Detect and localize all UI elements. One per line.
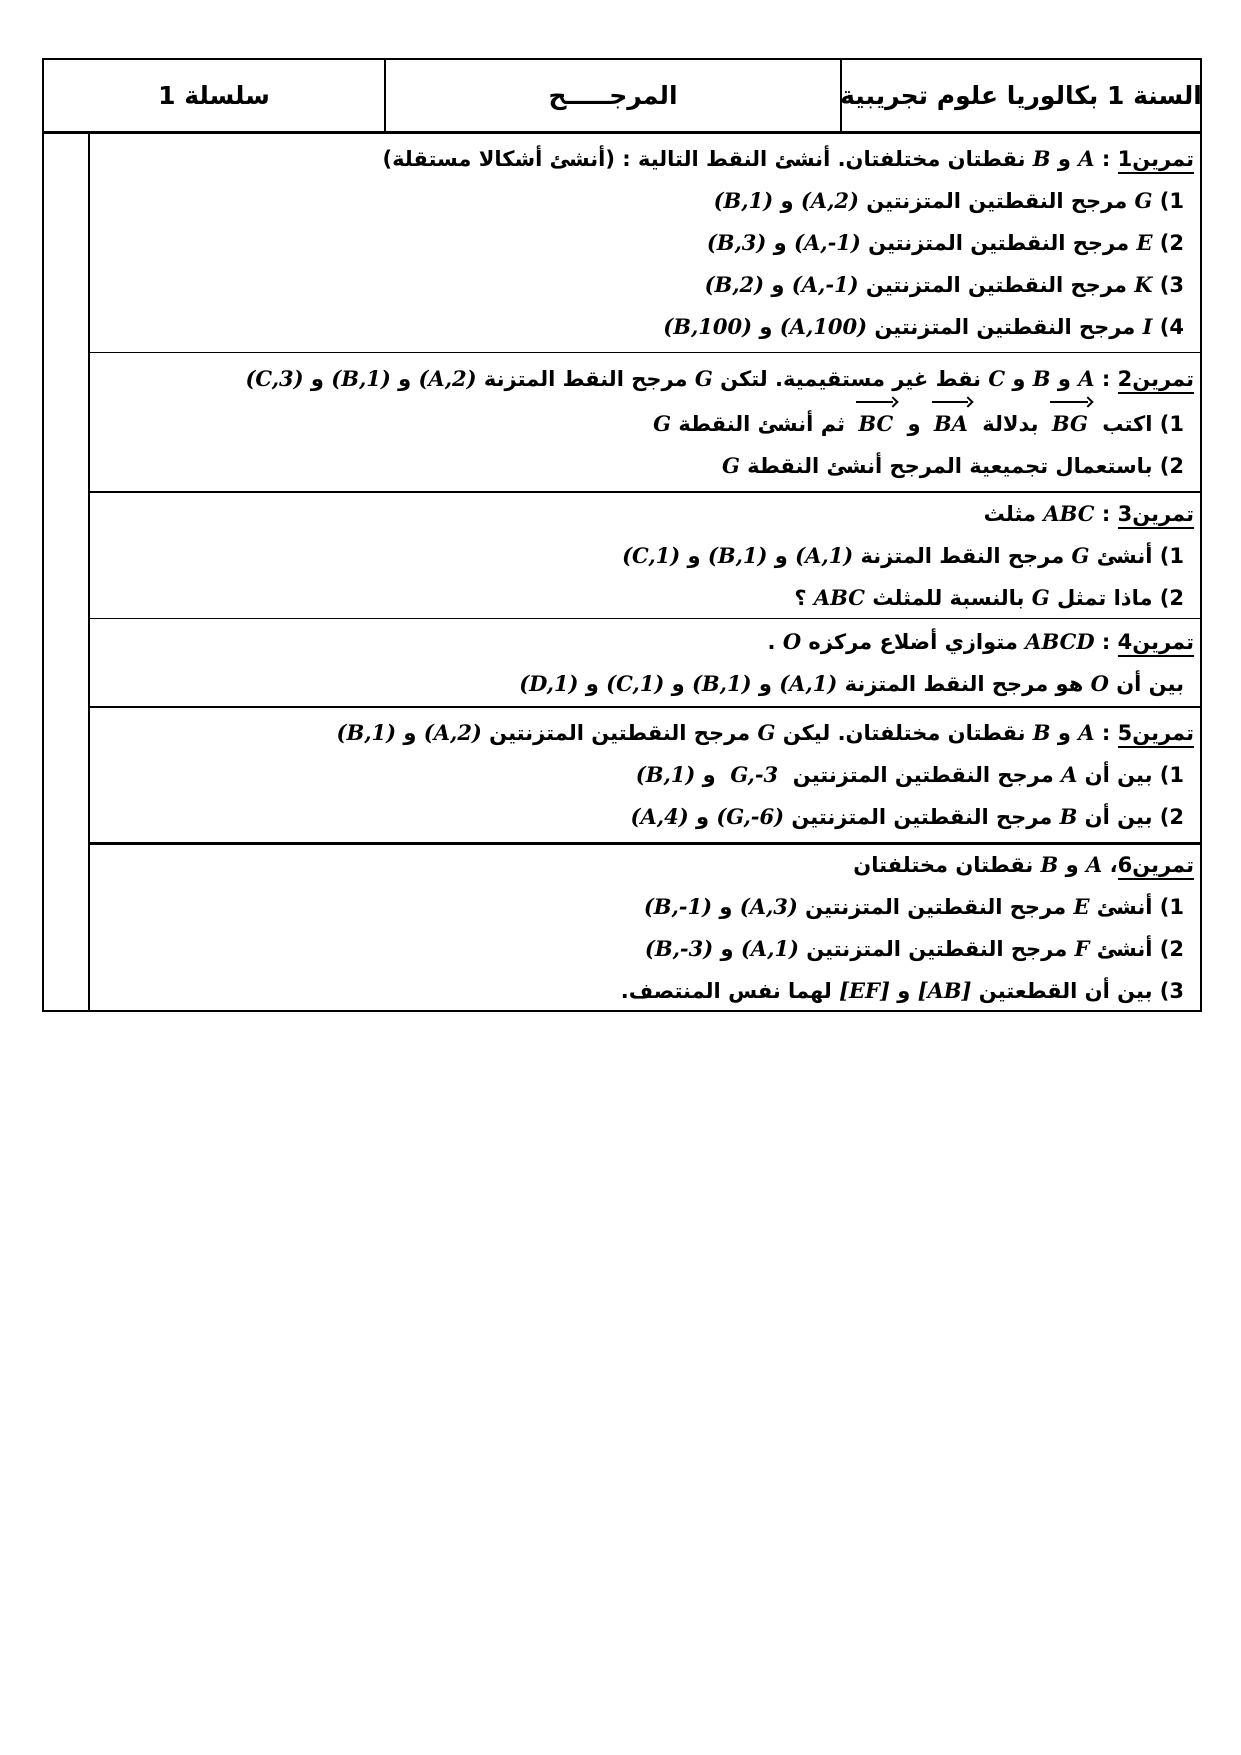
text-run: مرجح النقطتين المتزنتين xyxy=(867,315,1143,339)
math-token: (B,1) xyxy=(331,366,391,391)
exercise-1: تمرين1 : A و B نقطتان مختلفتان. أنشئ الن… xyxy=(90,134,1200,352)
exercise-3-title: تمرين3 : ABC مثلث xyxy=(96,493,1200,535)
exercise-4-title: تمرين4 : ABCD متوازي أضلاع مركزه O . xyxy=(96,621,1200,663)
exercise-table: تمرين1 : A و B نقطتان مختلفتان. أنشئ الن… xyxy=(42,134,1202,1012)
math-token: (C,1) xyxy=(622,543,680,568)
text-run: و xyxy=(1005,367,1033,391)
math-token: B xyxy=(1060,804,1078,829)
text-run: متوازي أضلاع مركزه xyxy=(801,630,1025,654)
exercise-3-q2: 2) ماذا تمثل G بالنسبة للمثلث ABC ؟ xyxy=(96,577,1200,619)
text-run: مرجح النقطتين المتزنتين xyxy=(778,763,1061,787)
text-run: مرجح النقطتين المتزنتين xyxy=(859,189,1135,213)
worksheet-page: السنة 1 بكالوريا علوم تجريبية المرجـــــ… xyxy=(0,0,1241,1755)
exercise-1-q4: 4) I مرجح النقطتين المتزنتين (A,100) و (… xyxy=(96,306,1200,348)
exercise-1-q3: 3) K مرجح النقطتين المتزنتين (A,-1) و (B… xyxy=(96,264,1200,306)
exercise-label: تمرين5 xyxy=(1118,721,1194,748)
text-run: مرجح النقطتين المتزنتين xyxy=(799,937,1075,961)
exercise-2-q2: 2) باستعمال تجميعية المرجح أنشئ النقطة G xyxy=(96,445,1200,487)
math-token: F xyxy=(1075,936,1090,961)
text-run: و xyxy=(1051,147,1079,171)
text-run: بالنسبة للمثلث xyxy=(865,586,1032,610)
exercise-6-q2: 2) أنشئ F مرجح النقطتين المتزنتين (A,1) … xyxy=(96,928,1200,970)
text-run: و xyxy=(578,672,606,696)
math-token: (A,1) xyxy=(779,671,837,696)
math-token: G xyxy=(1072,543,1090,568)
exercise-6-title: تمرين6، A و B نقطتان مختلفتان xyxy=(96,844,1200,886)
text-run: : xyxy=(1095,721,1118,745)
exercise-2-title: تمرين2 : A و B و C نقط غير مستقيمية. لتك… xyxy=(96,358,1200,400)
math-token: G xyxy=(757,720,775,745)
math-token: (B,3) xyxy=(707,230,767,255)
math-token: (C,1) xyxy=(606,671,664,696)
math-token: G xyxy=(1135,188,1153,213)
math-token: (B,1) xyxy=(636,762,696,787)
text-run: نقطتان مختلفتان xyxy=(853,853,1040,877)
text-run: مرجح النقطتين المتزنتين xyxy=(861,231,1137,255)
exercise-1-q1: 1) G مرجح النقطتين المتزنتين (A,2) و (B,… xyxy=(96,180,1200,222)
math-token: (A,2) xyxy=(424,720,482,745)
text-run: هو مرجح النقط المتزنة xyxy=(837,672,1090,696)
text-run: و xyxy=(1051,721,1079,745)
exercise-label: تمرين6 xyxy=(1118,853,1194,880)
vector-BA: BA xyxy=(931,400,972,445)
exercise-3-q1: 1) أنشئ G مرجح النقط المتزنة (A,1) و (B,… xyxy=(96,535,1200,577)
text-run: ، xyxy=(1102,853,1117,877)
class-level-text: السنة 1 بكالوريا علوم تجريبية xyxy=(840,81,1202,110)
header-cell-class-level: السنة 1 بكالوريا علوم تجريبية xyxy=(842,60,1200,131)
text-run: مرجح النقط المتزنة xyxy=(477,367,695,391)
text-run: 1) أنشئ xyxy=(1089,895,1184,919)
math-token: ABC xyxy=(1043,501,1094,526)
math-token: C xyxy=(988,366,1005,391)
math-token: (B,100) xyxy=(663,314,752,339)
text-run: و xyxy=(900,412,928,436)
text-run: ثم أنشئ النقطة xyxy=(671,412,852,436)
text-run: و xyxy=(664,672,692,696)
text-run: مرجح النقطتين المتزنتين xyxy=(784,805,1060,829)
vector-BG: BG xyxy=(1049,400,1092,445)
math-token: (A,4) xyxy=(631,804,689,829)
text-run: مرجح النقطتين المتزنتين xyxy=(482,721,758,745)
text-run: . xyxy=(768,630,783,654)
math-token: B xyxy=(1033,146,1051,171)
text-run: و xyxy=(396,721,424,745)
exercise-5-q1: 1) بين أن A مرجح النقطتين المتزنتين G,-3… xyxy=(96,754,1200,796)
text-run: و xyxy=(1058,853,1086,877)
exercise-column: تمرين1 : A و B نقطتان مختلفتان. أنشئ الن… xyxy=(88,134,1200,1010)
text-run: نقطتان مختلفتان. ليكن xyxy=(775,721,1032,745)
exercise-2: تمرين2 : A و B و C نقط غير مستقيمية. لتك… xyxy=(90,352,1200,491)
header-cell-series: سلسلة 1 xyxy=(44,60,386,131)
exercise-3: تمرين3 : ABC مثلث 1) أنشئ G مرجح النقط ا… xyxy=(90,491,1200,618)
text-run: 2) باستعمال تجميعية المرجح أنشئ النقطة xyxy=(740,454,1184,478)
math-token: (B,2) xyxy=(705,272,765,297)
text-run: و xyxy=(764,273,792,297)
math-token: ABCD xyxy=(1025,629,1094,654)
math-token: (D,1) xyxy=(519,671,578,696)
text-run: نقط غير مستقيمية. لتكن xyxy=(713,367,989,391)
exercise-label: تمرين2 xyxy=(1118,367,1194,394)
math-token: A xyxy=(1078,720,1094,745)
text-run: و xyxy=(767,544,795,568)
math-token: E xyxy=(1073,894,1089,919)
text-run: و xyxy=(1051,367,1079,391)
vector-BC: BC xyxy=(855,400,897,445)
math-token: (A,1) xyxy=(795,543,853,568)
exercise-label: تمرين1 xyxy=(1118,147,1194,174)
math-token: A xyxy=(1078,146,1094,171)
text-run: و xyxy=(773,189,801,213)
exercise-5: تمرين5 : A و B نقطتان مختلفتان. ليكن G م… xyxy=(90,706,1200,842)
exercise-6-q3: 3) بين أن القطعتين [AB] و [EF] لهما نفس … xyxy=(96,970,1200,1011)
math-token: [EF] xyxy=(839,978,890,1003)
text-run: و xyxy=(689,805,717,829)
text-run: : xyxy=(1095,502,1118,526)
math-token: (A,-1) xyxy=(794,230,861,255)
math-token: (B,-3) xyxy=(645,936,713,961)
exercise-5-q2: 2) بين أن B مرجح النقطتين المتزنتين (G,-… xyxy=(96,796,1200,838)
text-run: مرجح النقطتين المتزنتين xyxy=(859,273,1135,297)
text-run: و xyxy=(304,367,332,391)
text-run: و xyxy=(713,937,741,961)
math-token: A xyxy=(1078,366,1094,391)
math-token: (B,-1) xyxy=(644,894,712,919)
exercise-label: تمرين4 xyxy=(1118,630,1194,657)
text-run: : xyxy=(1095,367,1118,391)
text-run: و xyxy=(752,672,780,696)
math-token: B xyxy=(1033,720,1051,745)
math-token: I xyxy=(1143,314,1153,339)
exercise-6-q1: 1) أنشئ E مرجح النقطتين المتزنتين (A,3) … xyxy=(96,886,1200,928)
math-token: G,-3 xyxy=(730,762,778,787)
text-run: ؟ xyxy=(794,586,814,610)
text-run: بين أن xyxy=(1109,672,1184,696)
text-run: و xyxy=(752,315,780,339)
text-run: 1) بين أن xyxy=(1077,763,1184,787)
math-token: K xyxy=(1134,272,1152,297)
header-table: السنة 1 بكالوريا علوم تجريبية المرجـــــ… xyxy=(42,58,1202,134)
math-token: G xyxy=(653,411,671,436)
exercise-4-statement: بين أن O هو مرجح النقط المتزنة (A,1) و (… xyxy=(96,663,1200,705)
math-token: (B,1) xyxy=(714,188,774,213)
text-run: مرجح النقط المتزنة xyxy=(853,544,1071,568)
text-run: بدلالة xyxy=(975,412,1046,436)
text-run: 2) ماذا تمثل xyxy=(1050,586,1184,610)
text-run: 1) xyxy=(1152,189,1184,213)
sheet-title-text: المرجـــــح xyxy=(548,81,677,110)
text-run: لهما نفس المنتصف. xyxy=(621,979,839,1003)
math-token: G xyxy=(695,366,713,391)
text-run: و xyxy=(712,895,740,919)
math-token: G xyxy=(1032,585,1050,610)
series-text: سلسلة 1 xyxy=(158,81,270,110)
text-run: مثلث xyxy=(984,502,1044,526)
text-run: : xyxy=(1095,630,1118,654)
text-run: : xyxy=(1095,147,1118,171)
math-token: O xyxy=(783,629,801,654)
header-cell-title: المرجـــــح xyxy=(386,60,842,131)
math-token: A xyxy=(1086,852,1102,877)
math-token: (A,1) xyxy=(741,936,799,961)
text-run: و xyxy=(766,231,794,255)
math-token: (B,1) xyxy=(708,543,768,568)
text-run: و xyxy=(680,544,708,568)
exercise-4: تمرين4 : ABCD متوازي أضلاع مركزه O . بين… xyxy=(90,618,1200,706)
text-run: 3) xyxy=(1152,273,1184,297)
text-run: 1) اكتب xyxy=(1095,412,1184,436)
math-token: (A,2) xyxy=(801,188,859,213)
math-token: A xyxy=(1061,762,1077,787)
math-token: (B,1) xyxy=(692,671,752,696)
math-token: (G,-6) xyxy=(716,804,784,829)
exercise-5-title: تمرين5 : A و B نقطتان مختلفتان. ليكن G م… xyxy=(96,712,1200,754)
math-token: [AB] xyxy=(918,978,972,1003)
text-run: 4) xyxy=(1152,315,1184,339)
math-token: (C,3) xyxy=(245,366,303,391)
math-token: (A,3) xyxy=(740,894,798,919)
math-token: E xyxy=(1136,230,1152,255)
math-token: B xyxy=(1033,366,1051,391)
math-token: (A,-1) xyxy=(792,272,859,297)
text-run: 2) أنشئ xyxy=(1089,937,1184,961)
exercise-1-q2: 2) E مرجح النقطتين المتزنتين (A,-1) و (B… xyxy=(96,222,1200,264)
margin-column xyxy=(44,134,88,1010)
text-run: 2) xyxy=(1152,231,1184,255)
text-run: مرجح النقطتين المتزنتين xyxy=(798,895,1074,919)
text-run: و xyxy=(695,763,730,787)
math-token: O xyxy=(1091,671,1109,696)
math-token: (A,100) xyxy=(780,314,867,339)
math-token: ABC xyxy=(814,585,865,610)
math-token: G xyxy=(722,453,740,478)
exercise-label: تمرين3 xyxy=(1118,502,1194,529)
text-run: نقطتان مختلفتان. أنشئ النقط التالية : (أ… xyxy=(382,147,1032,171)
math-token: (B,1) xyxy=(337,720,397,745)
exercise-2-q1: 1) اكتب BG بدلالة BA و BC ثم أنشئ النقطة… xyxy=(96,400,1200,445)
exercise-6: تمرين6، A و B نقطتان مختلفتان 1) أنشئ E … xyxy=(90,842,1200,1010)
text-run: و xyxy=(890,979,918,1003)
math-token: B xyxy=(1041,852,1059,877)
text-run: 2) بين أن xyxy=(1077,805,1184,829)
math-token: (A,2) xyxy=(419,366,477,391)
exercise-1-title: تمرين1 : A و B نقطتان مختلفتان. أنشئ الن… xyxy=(96,138,1200,180)
text-run: 3) بين أن القطعتين xyxy=(972,979,1185,1003)
text-run: و xyxy=(391,367,419,391)
text-run: 1) أنشئ xyxy=(1089,544,1184,568)
